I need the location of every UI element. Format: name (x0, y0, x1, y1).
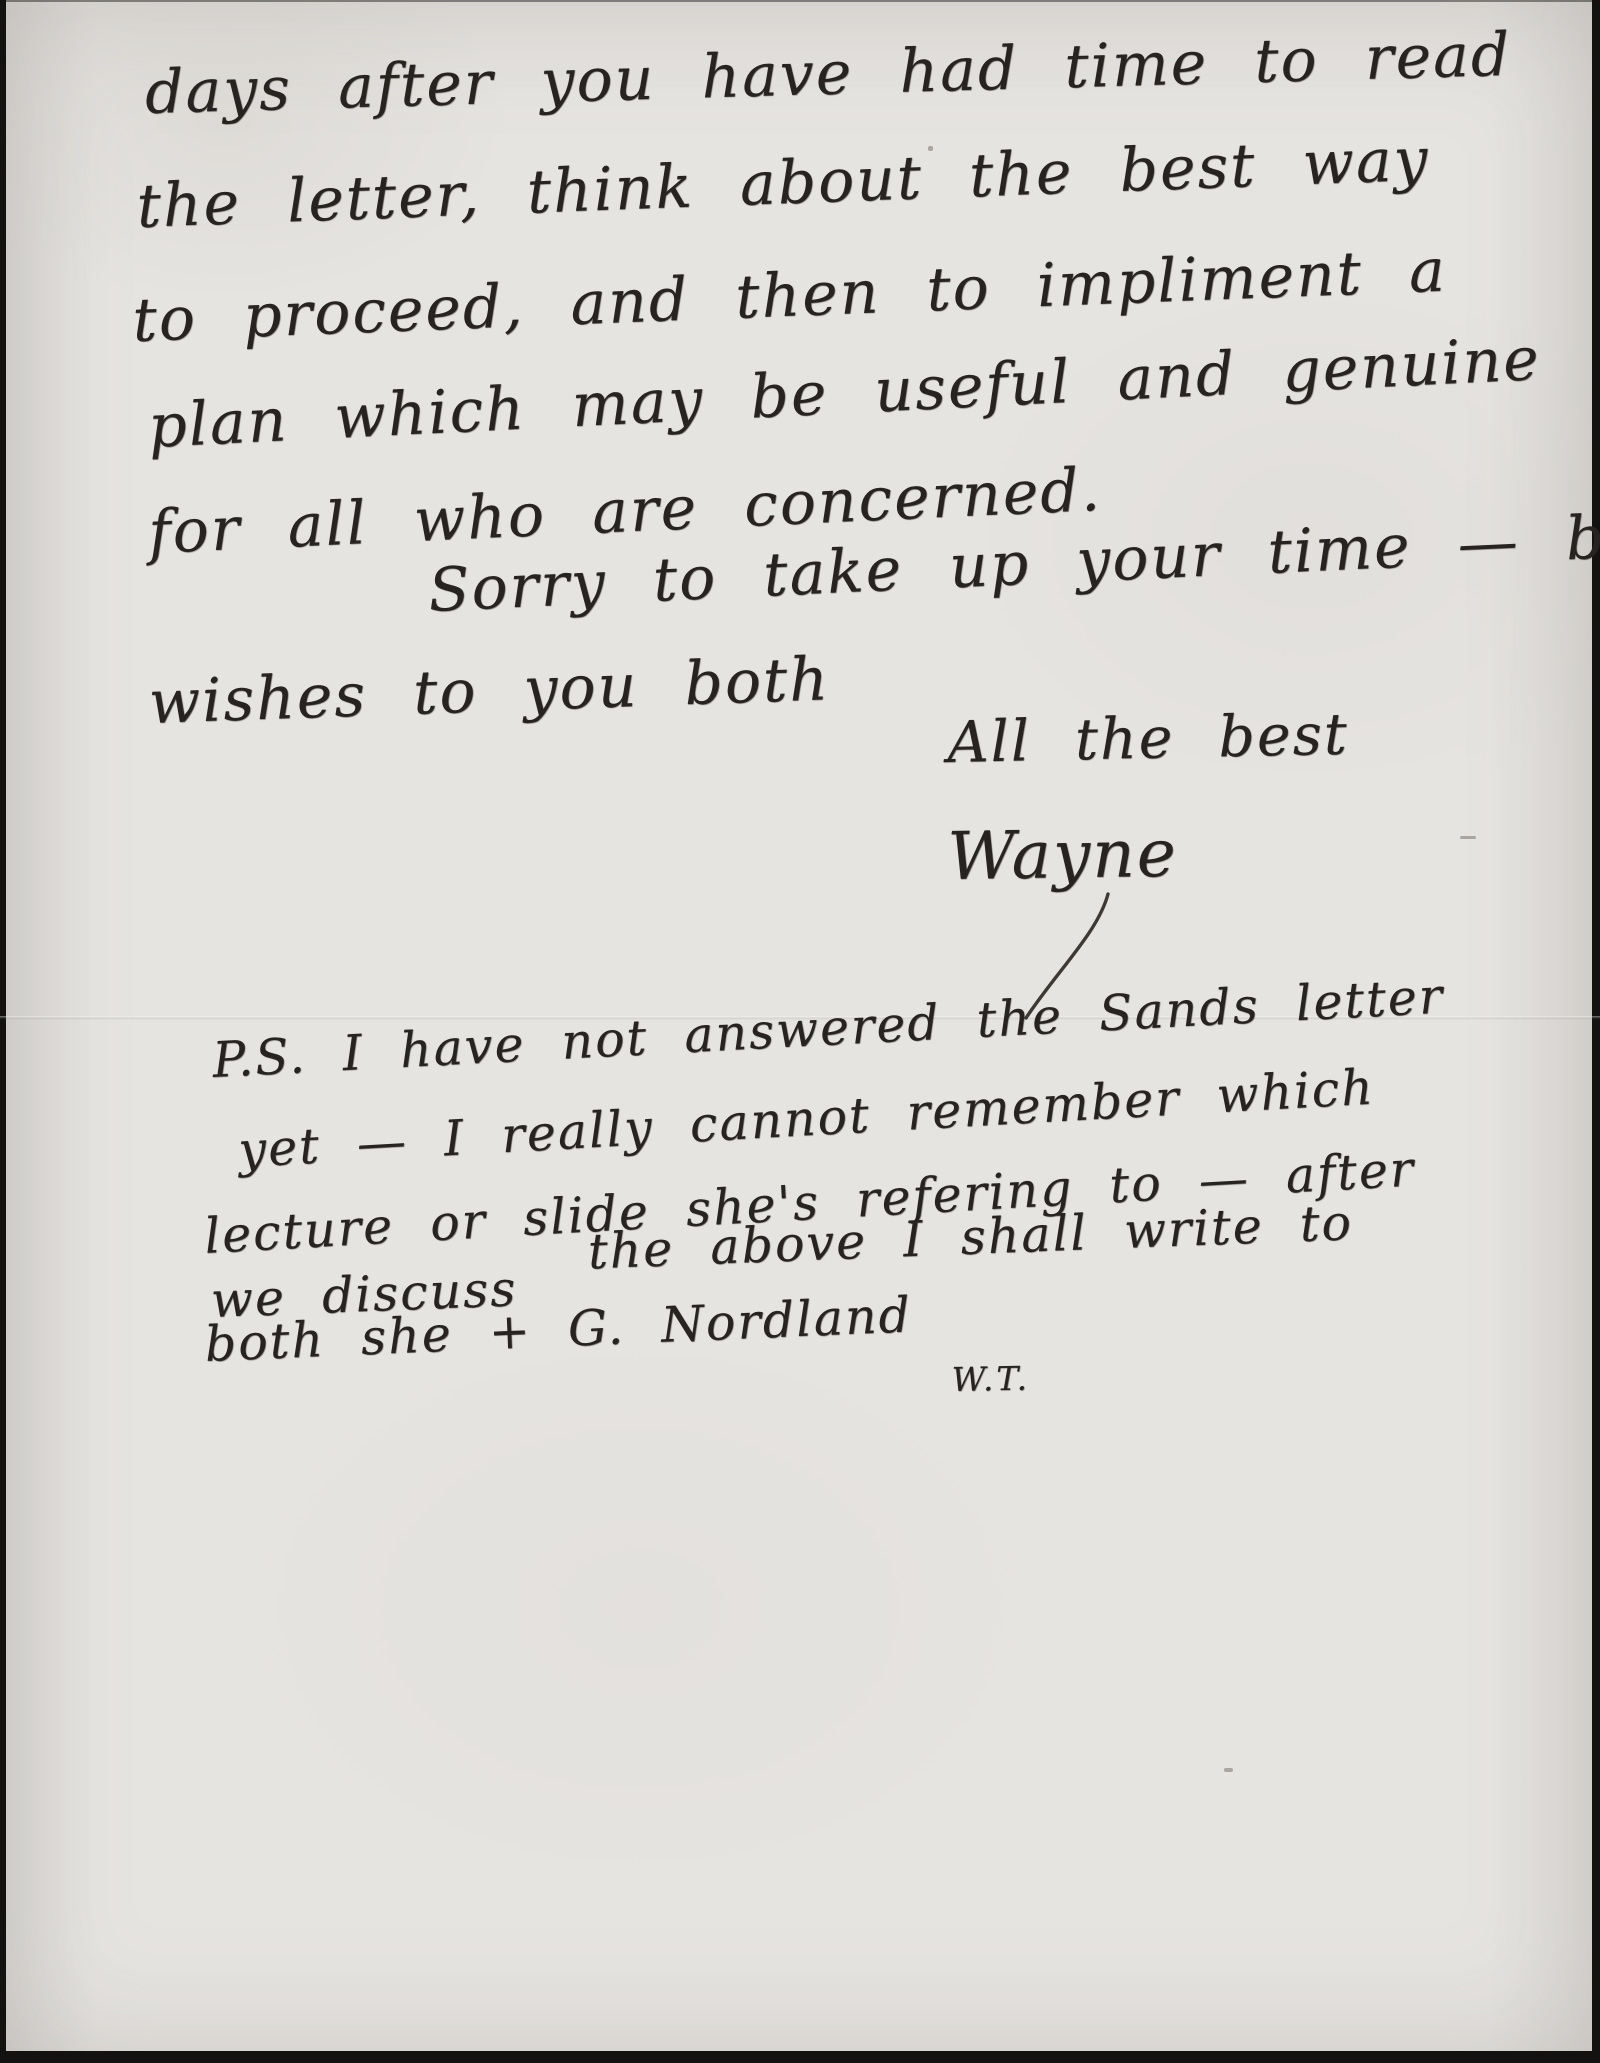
valediction: All the best (947, 702, 1350, 776)
signature: Wayne (947, 815, 1178, 895)
handwritten-line-2: the letter, think about the best way (135, 125, 1430, 242)
handwritten-line-7: wishes to you both (148, 644, 831, 738)
scan-edge-top (0, 0, 1600, 2)
scan-edge-bottom (0, 2051, 1600, 2063)
paper-speck (1224, 1768, 1233, 1772)
ps-initials: W.T. (951, 1359, 1030, 1399)
scan-edge-right (1592, 0, 1600, 2063)
handwritten-line-1: days after you have had time to read (144, 20, 1512, 128)
paper-speck (1460, 836, 1476, 839)
scan-edge-left (0, 0, 6, 2063)
letter-page: days after you have had time to read the… (0, 0, 1600, 2063)
